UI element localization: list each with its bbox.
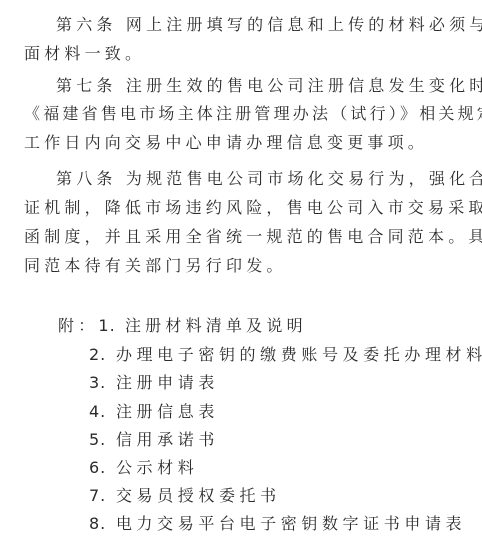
attachment-title: 注册材料清单及说明 — [125, 316, 307, 335]
attachment-title: 办理电子密钥的缴费账号及委托办理材料清单 — [116, 345, 482, 364]
attachment-title: 注册申请表 — [116, 373, 219, 392]
attachment-number: 8. — [89, 514, 106, 533]
article-7-line-3: 工作日内向交易中心申请办理信息变更事项。 — [24, 133, 464, 153]
attachments-item-2: 2. 办理电子密钥的缴费账号及委托办理材料清单 — [89, 345, 482, 365]
attachment-title: 注册信息表 — [116, 402, 219, 421]
attachments-label: 附： — [58, 316, 98, 335]
attachment-number: 6. — [89, 458, 106, 477]
attachment-number: 3. — [89, 373, 106, 392]
attachment-title: 电力交易平台电子密钥数字证书申请表 — [116, 514, 466, 533]
attachments-item-8: 8. 电力交易平台电子密钥数字证书申请表 — [89, 514, 482, 534]
attachments-item-1: 附：1. 注册材料清单及说明 — [58, 316, 482, 336]
attachments-item-4: 4. 注册信息表 — [89, 402, 482, 422]
article-8-line-1: 第八条 为规范售电公司市场化交易行为，强化合同履约保 — [56, 169, 466, 189]
article-7-line-1: 第七条 注册生效的售电公司注册信息发生变化时，应按照 — [56, 76, 466, 96]
attachments-item-3: 3. 注册申请表 — [89, 373, 482, 393]
attachment-number: 7. — [89, 486, 106, 505]
attachment-title: 信用承诺书 — [116, 430, 219, 449]
attachments-item-6: 6. 公示材料 — [89, 458, 482, 478]
document-page: 第六条 网上注册填写的信息和上传的材料必须与递交的书 面材料一致。 第七条 注册… — [0, 0, 482, 549]
attachment-title: 交易员授权委托书 — [116, 486, 281, 505]
attachment-number: 4. — [89, 402, 106, 421]
attachment-title: 公示材料 — [116, 458, 198, 477]
article-7-line-2: 《福建省售电市场主体注册管理办法（试行）》相关规定在5个 — [24, 104, 464, 124]
article-6-line-1: 第六条 网上注册填写的信息和上传的材料必须与递交的书 — [56, 15, 466, 35]
attachment-number: 2. — [89, 345, 106, 364]
article-6-line-2: 面材料一致。 — [24, 44, 464, 64]
article-8-line-2: 证机制，降低市场违约风险，售电公司入市交易采取银行履约保 — [24, 198, 464, 218]
attachments-item-7: 7. 交易员授权委托书 — [89, 486, 482, 506]
attachments-item-5: 5. 信用承诺书 — [89, 430, 482, 450]
attachment-number: 1. — [98, 316, 115, 335]
article-8-line-4: 同范本待有关部门另行印发。 — [24, 256, 464, 276]
article-8-line-3: 函制度，并且采用全省统一规范的售电合同范本。具体制度和合 — [24, 227, 464, 247]
attachment-number: 5. — [89, 430, 106, 449]
